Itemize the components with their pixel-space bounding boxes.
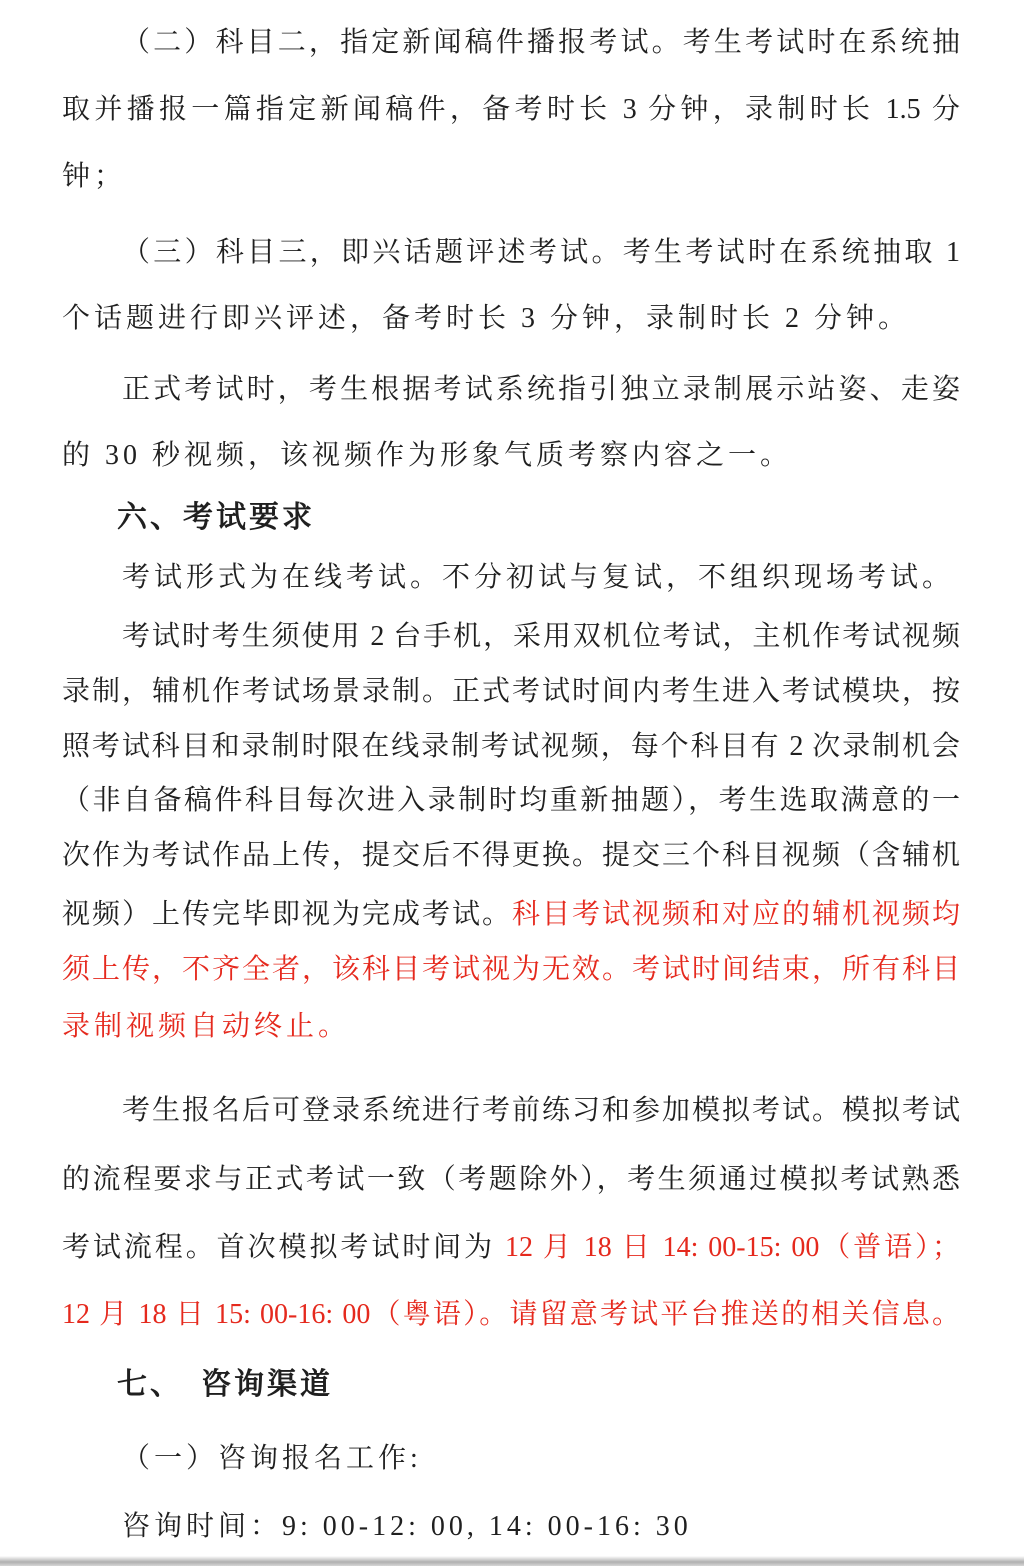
document-line: 正式考试时，考生根据考试系统指引独立录制展示站姿、走姿 [62,371,960,409]
document-line: 视频）上传完毕即视为完成考试。科目考试视频和对应的辅机视频均 [62,896,960,934]
document-line: 次作为考试作品上传，提交后不得更换。提交三个科目视频（含辅机 [62,837,960,875]
document-page: （二）科目二，指定新闻稿件播报考试。考生考试时在系统抽取并播报一篇指定新闻稿件，… [0,0,1024,1566]
document-line: 12 月 18 日 15: 00-16: 00（粤语）。请留意考试平台推送的相关… [62,1296,960,1334]
body-text: 个话题进行即兴评述，备考时长 3 分钟，录制时长 2 分钟。 [62,303,910,334]
red-highlight-text: 科目考试视频和对应的辅机视频均 [512,899,960,930]
document-line: 咨询时间：9: 00-12: 00, 14: 00-16: 30 [62,1508,960,1546]
body-text: 视频）上传完毕即视为完成考试。 [62,899,512,930]
document-line: 录制，辅机作考试场景录制。正式考试时间内考生进入考试模块，按 [62,673,960,711]
body-text: 考生报名后可登录系统进行考前练习和参加模拟考试。模拟考试 [122,1095,960,1126]
red-highlight-text: 录制视频自动终止。 [62,1011,350,1042]
body-text: 取并播报一篇指定新闻稿件，备考时长 3 分钟，录制时长 1.5 分 [62,94,960,125]
section-heading: 七、 咨询渠道 [62,1366,960,1404]
body-text: 考试时考生须使用 2 台手机，采用双机位考试，主机作考试视频 [122,621,960,652]
body-text: （二）科目二，指定新闻稿件播报考试。考生考试时在系统抽 [122,27,960,58]
document-line: 考试形式为在线考试。不分初试与复试，不组织现场考试。 [62,559,960,597]
document-line: 录制视频自动终止。 [62,1008,960,1046]
scan-edge-artifact [0,1556,1024,1566]
body-text: 的 30 秒视频，该视频作为形象气质考察内容之一。 [62,440,792,471]
body-text: 正式考试时，考生根据考试系统指引独立录制展示站姿、走姿 [122,374,960,405]
body-text: 钟； [62,161,126,192]
document-line: （二）科目二，指定新闻稿件播报考试。考生考试时在系统抽 [62,24,960,62]
body-text: 照考试科目和录制时限在线录制考试视频，每个科目有 2 次录制机会 [62,731,960,762]
document-line: 考试时考生须使用 2 台手机，采用双机位考试，主机作考试视频 [62,618,960,656]
document-line: 考生报名后可登录系统进行考前练习和参加模拟考试。模拟考试 [62,1092,960,1130]
document-line: 取并播报一篇指定新闻稿件，备考时长 3 分钟，录制时长 1.5 分 [62,91,960,129]
body-text: （一）咨询报名工作: [122,1443,422,1474]
body-text: 次作为考试作品上传，提交后不得更换。提交三个科目视频（含辅机 [62,840,960,871]
red-highlight-text: 12 月 18 日 15: 00-16: 00（粤语）。请留意考试平台推送的相关… [62,1299,960,1330]
body-text: 咨询时间：9: 00-12: 00, 14: 00-16: 30 [122,1511,692,1542]
body-text: （三）科目三，即兴话题评述考试。考生考试时在系统抽取 1 [122,237,960,268]
document-line: （三）科目三，即兴话题评述考试。考生考试时在系统抽取 1 [62,234,960,272]
document-line: 须上传，不齐全者，该科目考试视为无效。考试时间结束，所有科目 [62,951,960,989]
document-line: （一）咨询报名工作: [62,1440,960,1478]
document-line: 照考试科目和录制时限在线录制考试视频，每个科目有 2 次录制机会 [62,728,960,766]
body-text: 录制，辅机作考试场景录制。正式考试时间内考生进入考试模块，按 [62,676,960,707]
red-highlight-text: 须上传，不齐全者，该科目考试视为无效。考试时间结束，所有科目 [62,954,960,985]
document-line: 的 30 秒视频，该视频作为形象气质考察内容之一。 [62,437,960,475]
body-text: （非自备稿件科目每次进入录制时均重新抽题），考生选取满意的一 [62,785,960,816]
body-text: 七、 咨询渠道 [117,1368,333,1401]
body-text: 考试流程。首次模拟考试时间为 [62,1232,505,1263]
document-line: 考试流程。首次模拟考试时间为 12 月 18 日 14: 00-15: 00（普… [62,1229,960,1267]
body-text: 的流程要求与正式考试一致（考题除外），考生须通过模拟考试熟悉 [62,1164,960,1195]
document-line: 钟； [62,158,960,196]
section-heading: 六、考试要求 [62,499,960,537]
body-text: 考试形式为在线考试。不分初试与复试，不组织现场考试。 [122,562,954,593]
document-line: 个话题进行即兴评述，备考时长 3 分钟，录制时长 2 分钟。 [62,300,960,338]
red-highlight-text: 12 月 18 日 14: 00-15: 00（普语）； [505,1232,960,1263]
document-line: 的流程要求与正式考试一致（考题除外），考生须通过模拟考试熟悉 [62,1161,960,1199]
document-line: （非自备稿件科目每次进入录制时均重新抽题），考生选取满意的一 [62,782,960,820]
body-text: 六、考试要求 [117,501,315,534]
